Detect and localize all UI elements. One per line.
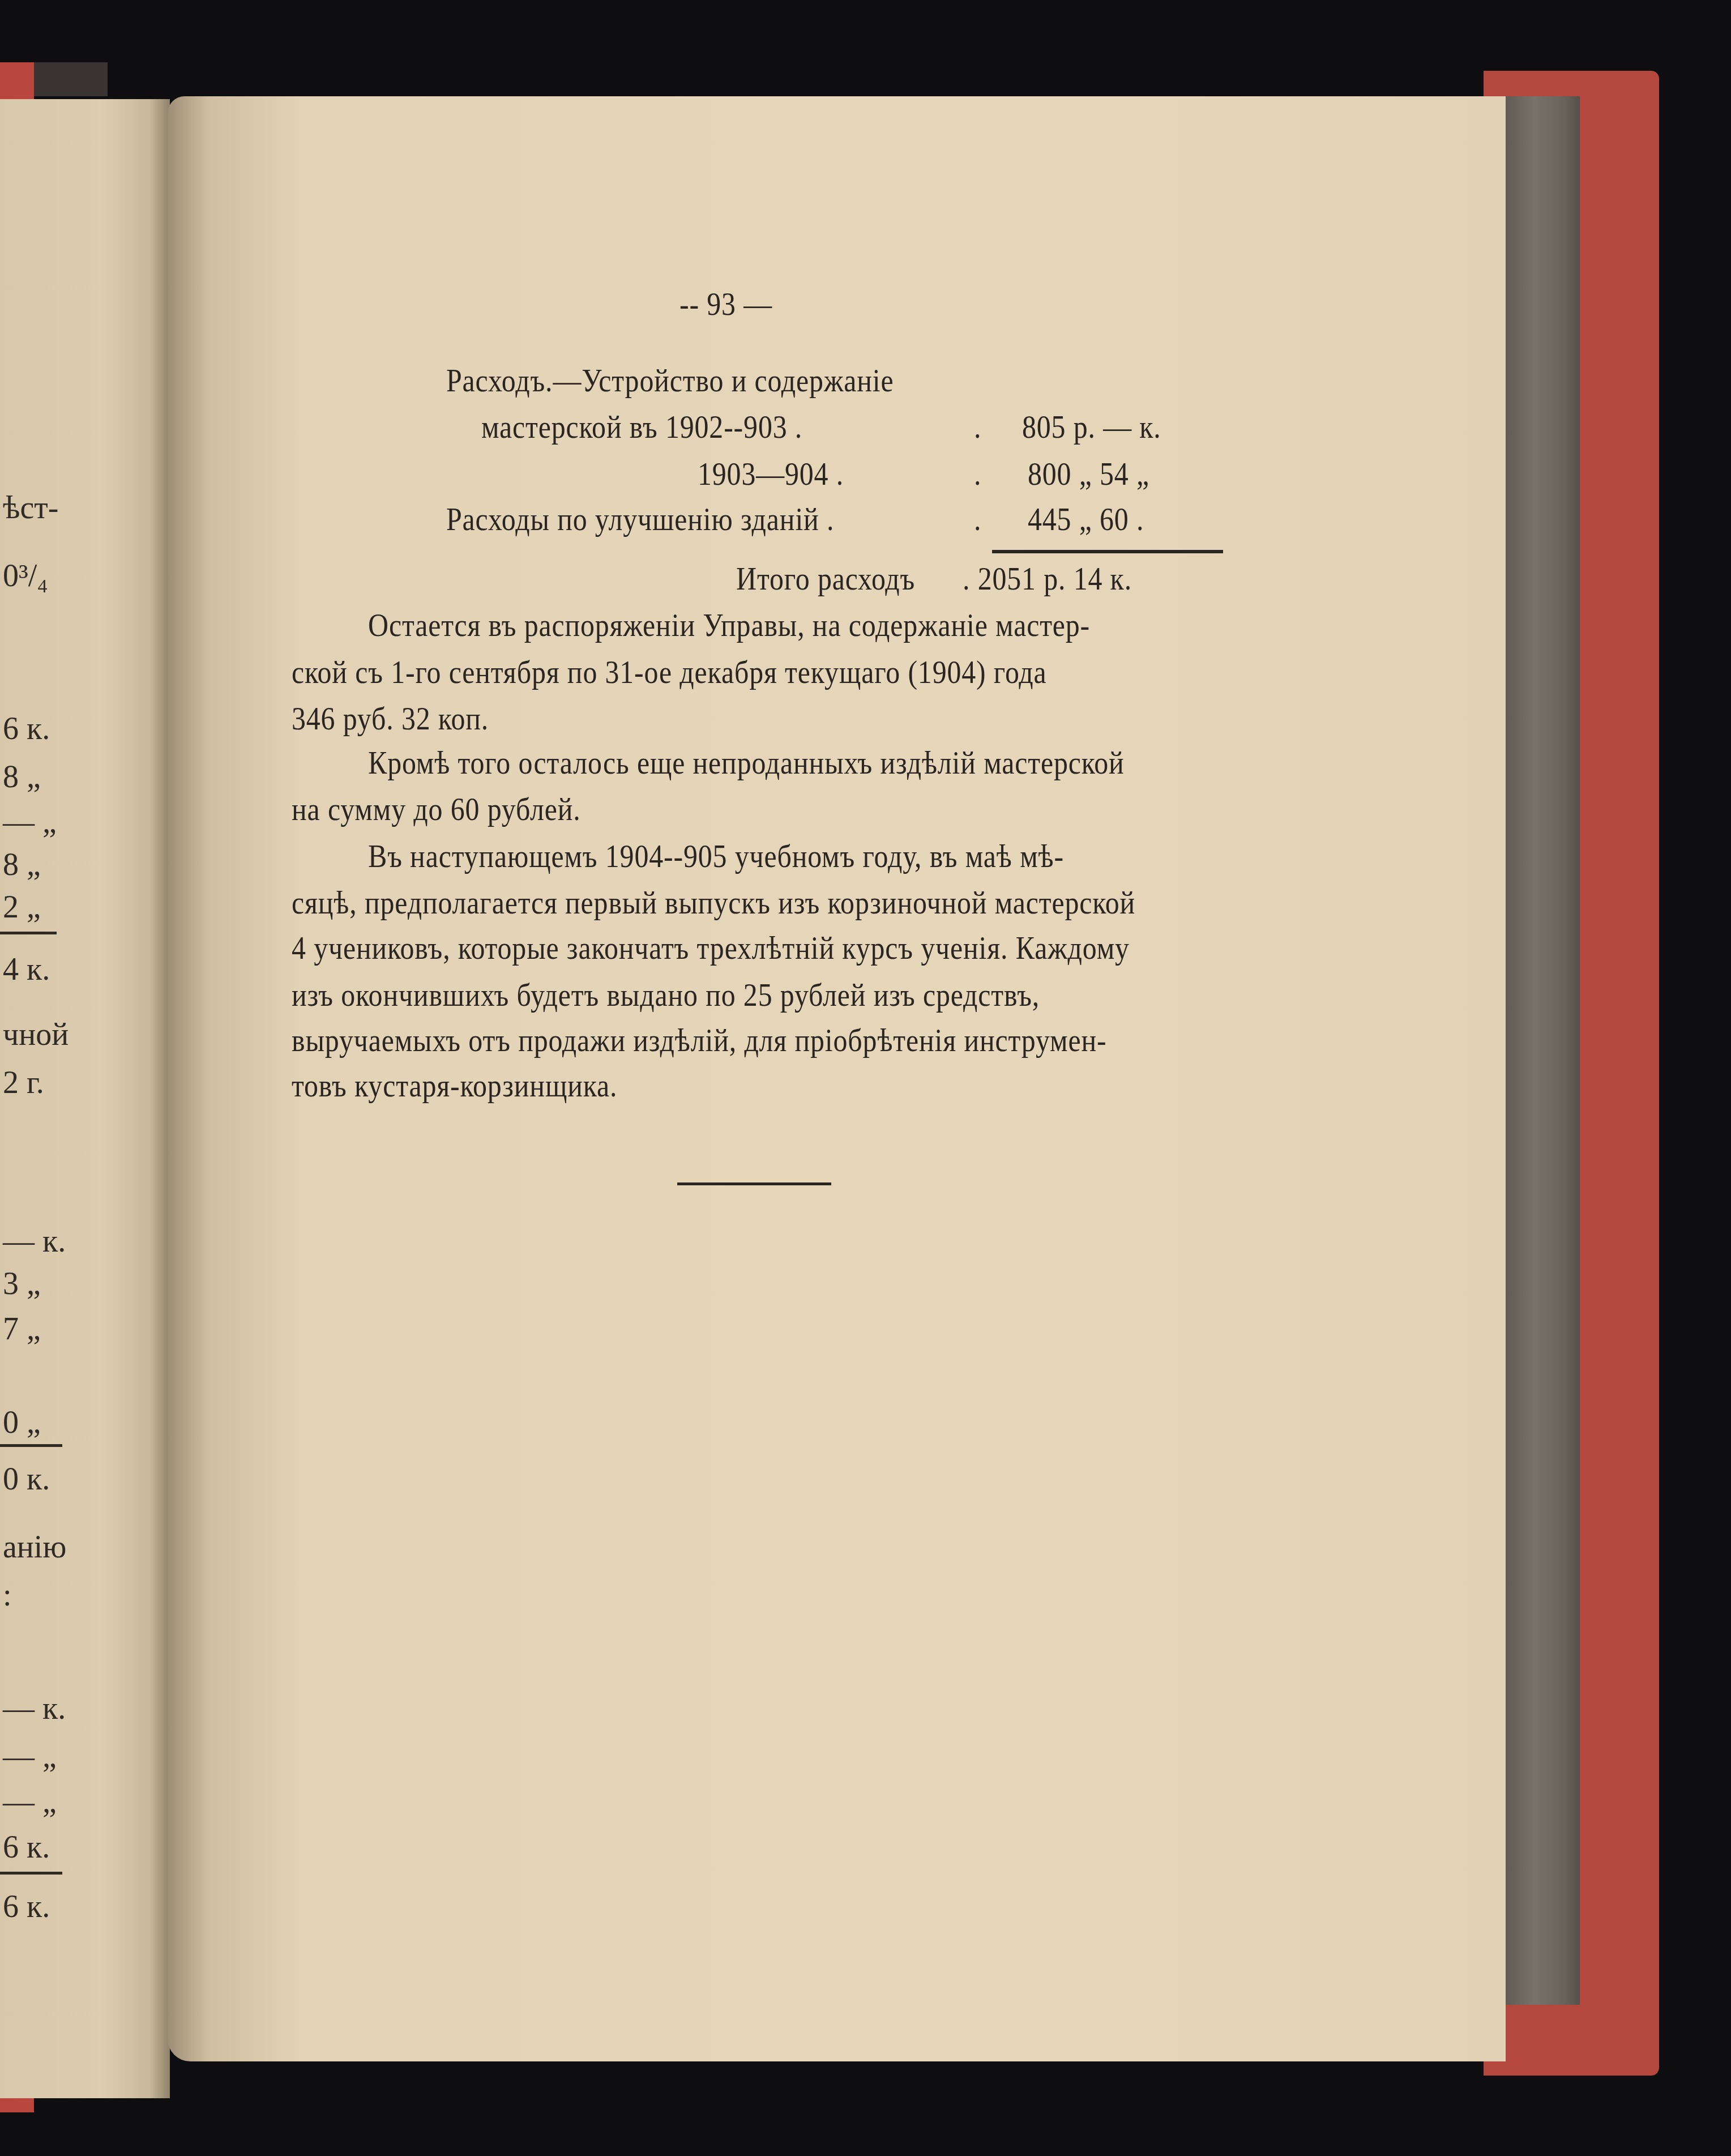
- expense-row-amount: 805 р. — к.: [1022, 409, 1161, 445]
- left-page-fragment: 6 к.: [3, 1889, 50, 1925]
- left-book-spine-edge: [34, 62, 108, 96]
- text-line: Остается въ распоряженіи Управы, на соде…: [368, 607, 1090, 643]
- left-page-fragment: 0 „: [3, 1404, 41, 1441]
- left-page-fragment: — к.: [3, 1223, 66, 1260]
- expense-row-amount: 800 „ 54 „: [1028, 456, 1149, 492]
- left-page-fragment: 0³/₄: [3, 558, 48, 594]
- expense-row-leader-dot: .: [974, 409, 981, 445]
- text-line: изъ окончившихъ будетъ выдано по 25 рубл…: [292, 977, 1040, 1013]
- left-page-fragment: 8 „: [3, 847, 41, 883]
- left-page-fragment: 3 „: [3, 1266, 41, 1302]
- left-page-fragment: 4 к.: [3, 951, 50, 988]
- left-page-fragment: ѣст-: [3, 490, 58, 526]
- left-page-fragment: 6 к.: [3, 1829, 50, 1865]
- expense-row-leader-dot: .: [974, 501, 981, 537]
- section-end-rule: [677, 1182, 831, 1185]
- left-page-sum-rule: [0, 1444, 62, 1447]
- left-page: ѣст- 0³/₄ 6 к. 8 „ — „ 8 „ 2 „ 4 к. чной…: [0, 99, 170, 2098]
- left-page-fragment: :: [3, 1577, 12, 1613]
- text-line: ской съ 1-го сентября по 31-ое декабря т…: [292, 654, 1047, 690]
- left-page-fragment: — к.: [3, 1690, 66, 1727]
- sum-rule: [992, 550, 1223, 553]
- left-page-fragment: — „: [3, 804, 57, 840]
- expense-heading: Расходъ.—Устройство и содержаніе: [446, 362, 894, 399]
- left-page-sum-rule: [0, 1872, 62, 1875]
- text-line: Кромѣ того осталось еще непроданныхъ изд…: [368, 745, 1125, 781]
- left-page-fragment: — „: [3, 1784, 57, 1820]
- text-line: сяцѣ, предполагается первый выпускъ изъ …: [292, 885, 1135, 921]
- left-page-fragment: 8 „: [3, 759, 41, 795]
- left-page-fragment: 2 г.: [3, 1065, 44, 1101]
- left-page-fragment: 6 к.: [3, 711, 50, 747]
- text-line: на сумму до 60 рублей.: [292, 791, 581, 827]
- left-page-fragment: 7 „: [3, 1311, 41, 1347]
- expense-total-amount: . 2051 р. 14 к.: [963, 561, 1132, 597]
- text-line: 4 учениковъ, которые закончатъ трехлѣтні…: [292, 930, 1130, 966]
- expense-row-label: Расходы по улучшенію зданій .: [446, 501, 834, 537]
- left-page-sum-rule: [0, 932, 57, 934]
- text-line: выручаемыхъ отъ продажи издѣлій, для прі…: [292, 1022, 1107, 1058]
- expense-total-label: Итого расходъ: [736, 561, 915, 597]
- text-line: 346 руб. 32 коп.: [292, 701, 489, 737]
- text-line: Въ наступающемъ 1904--905 учебномъ году,…: [368, 838, 1064, 874]
- page-number: -- 93 —: [679, 286, 772, 322]
- left-page-fragment: — „: [3, 1739, 57, 1775]
- expense-row-amount: 445 „ 60 .: [1028, 501, 1144, 537]
- expense-row-label: мастерской въ 1902--903 .: [481, 409, 802, 445]
- expense-row-label: 1903—904 .: [698, 456, 844, 492]
- left-page-fragment: анію: [3, 1529, 66, 1565]
- left-page-fragment: чной: [3, 1017, 69, 1053]
- left-page-fragment: 0 к.: [3, 1461, 50, 1497]
- expense-row-leader-dot: .: [974, 456, 981, 492]
- text-line: товъ кустаря-корзинщика.: [292, 1068, 617, 1104]
- page-block-edge: [1503, 96, 1580, 2005]
- left-page-fragment: 2 „: [3, 889, 41, 925]
